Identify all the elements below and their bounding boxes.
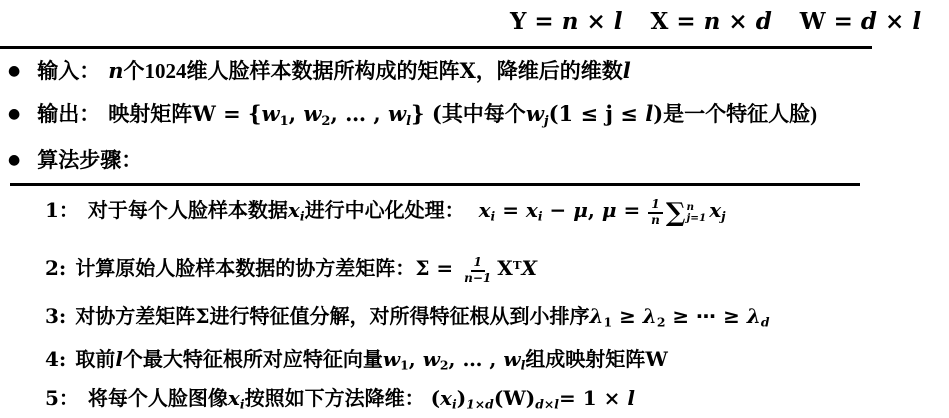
input-description: 输入：n个1024维人脸样本数据所构成的矩阵X，降维后的维数l <box>37 59 631 83</box>
text-segment: 1 <box>400 358 409 373</box>
text-segment: 个最大特征根所对应特征向量 <box>123 349 383 371</box>
text-segment: ) <box>653 101 663 126</box>
text-segment: l <box>115 347 123 371</box>
bullet-icon: ● <box>8 152 20 168</box>
bullet-output-line: ●输出：映射矩阵W = {w1, w2, … , wl} (其中每个wj(1 ≤… <box>8 101 817 130</box>
text-segment: W <box>192 101 216 126</box>
text-segment: ，降维后的维数 <box>476 59 623 83</box>
text-segment: l <box>627 386 635 410</box>
text-segment: X <box>651 8 669 35</box>
text-segment: X <box>497 256 513 280</box>
text-segment: Σ <box>415 256 429 280</box>
text-segment: (1 ≤ <box>549 101 606 126</box>
fraction: 1n−1 <box>461 256 494 286</box>
step-number: 5： <box>45 386 79 410</box>
text-segment: 按照如下方法降维： <box>245 388 425 410</box>
fraction-numerator: 1 <box>471 256 485 272</box>
text-segment: 对于每个人脸样本数据 <box>88 200 288 222</box>
text-segment: X <box>521 256 537 280</box>
text-segment: ≥ ⋯ ≥ <box>665 304 746 328</box>
text-segment: , <box>409 347 423 371</box>
text-segment: d×l <box>535 397 559 412</box>
text-segment: x <box>479 198 491 222</box>
text-segment: l <box>614 8 623 35</box>
step-3-eigendecomposition: 3:对协方差矩阵Σ进行特征值分解，对所得特征根从到小排序λ1 ≥ λ2 ≥ ⋯ … <box>45 304 770 330</box>
text-segment: 对协方差矩阵 <box>75 306 195 328</box>
text-segment: 1×d <box>466 397 494 412</box>
text-segment: = 1 × <box>559 386 627 410</box>
sigma-icon: ∑ <box>666 200 686 226</box>
text-segment: = <box>616 198 647 222</box>
text-segment: w <box>388 101 406 126</box>
text-segment: μ <box>573 198 588 222</box>
fraction: 1n <box>648 198 663 228</box>
text-segment: − <box>543 198 574 222</box>
step-2-covariance: 2:计算原始人脸样本数据的协方差矩阵：Σ = 1n−1XTX <box>45 256 537 286</box>
text-segment: 将每个人脸图像 <box>88 388 228 410</box>
step-number: 2: <box>45 256 66 280</box>
text-segment: x <box>709 198 721 222</box>
text-segment: , … , <box>449 347 504 371</box>
bullet-algorithm-steps-line: ●算法步骤： <box>8 147 142 173</box>
text-segment: } ( <box>411 101 442 126</box>
text-segment: 取前 <box>75 349 115 371</box>
text-segment: λ <box>589 304 603 328</box>
pca-algorithm-slide: Y = n × lX = n × dW = d × l ●输入：n个1024维人… <box>0 0 949 418</box>
step-2-text: 计算原始人脸样本数据的协方差矩阵：Σ = 1n−1XTX <box>75 258 537 280</box>
text-segment: 是一个特征人脸) <box>663 102 817 126</box>
step-4-projection-matrix: 4:取前l个最大特征根所对应特征向量w1, w2, … , wl组成映射矩阵W <box>45 347 668 373</box>
output-description: 输出：映射矩阵W = {w1, w2, … , wl} (其中每个wj(1 ≤ … <box>37 102 817 126</box>
text-segment: w <box>303 101 321 126</box>
step-5-text: 将每个人脸图像xi按照如下方法降维：(xi)1×d(W)d×l= 1 × l <box>88 388 635 410</box>
bullet-icon: ● <box>8 106 20 122</box>
text-segment: x <box>526 198 538 222</box>
text-segment: W <box>645 347 667 371</box>
bullet-input-line: ●输入：n个1024维人脸样本数据所构成的矩阵X，降维后的维数l <box>8 58 631 84</box>
text-segment: x <box>440 386 452 410</box>
text-segment: = <box>429 256 460 280</box>
text-segment: w <box>526 101 544 126</box>
text-segment: d <box>761 315 770 330</box>
text-segment: w <box>383 347 400 371</box>
text-segment: λ <box>747 304 761 328</box>
algorithm-steps-heading: 算法步骤： <box>37 148 142 172</box>
text-segment: 1 <box>280 114 289 129</box>
text-segment: W <box>503 386 525 410</box>
text-segment: d <box>861 8 877 35</box>
text-segment: ≤ <box>613 101 645 126</box>
fraction-denominator: n <box>648 214 663 228</box>
text-segment: ) <box>526 386 535 410</box>
text-segment: w <box>503 347 520 371</box>
text-segment: 进行中心化处理： <box>305 200 465 222</box>
summation-lower-limit: j=1 <box>686 213 706 224</box>
text-segment: λ <box>643 304 657 328</box>
text-segment: = <box>495 198 526 222</box>
text-segment: d <box>756 8 772 35</box>
text-segment: Σ <box>195 304 209 328</box>
text-segment: 映射矩阵 <box>108 102 192 126</box>
fraction-denominator: n−1 <box>461 272 494 286</box>
text-segment: l <box>623 58 631 83</box>
text-segment: x <box>288 198 300 222</box>
text-segment: j <box>721 209 725 224</box>
text-segment: x <box>228 386 240 410</box>
text-segment: l <box>645 101 653 126</box>
text-segment: n <box>704 8 721 35</box>
text-segment: × <box>578 8 613 35</box>
text-segment: 2 <box>440 358 449 373</box>
text-segment: l <box>912 8 921 35</box>
step-1-text: 对于每个人脸样本数据xi进行中心化处理：xi = xi − μ, μ = 1n∑… <box>88 200 726 222</box>
step-number: 1： <box>45 198 79 222</box>
text-segment: 其中每个 <box>442 102 526 126</box>
text-segment: 进行特征值分解，对所得特征根从到小排序 <box>209 306 589 328</box>
text-segment: × <box>877 8 912 35</box>
matrix-dimension-formulas: Y = n × lX = n × dW = d × l <box>510 8 921 37</box>
text-segment: , <box>588 198 602 222</box>
text-segment: 输出： <box>37 102 100 126</box>
text-segment: Y <box>510 8 526 35</box>
step-number: 3: <box>45 304 66 328</box>
fraction-numerator: 1 <box>648 198 662 214</box>
text-segment: w <box>423 347 440 371</box>
text-segment: 1 <box>603 315 612 330</box>
text-segment: × <box>720 8 755 35</box>
text-segment: w <box>262 101 280 126</box>
text-segment: 计算原始人脸样本数据的协方差矩阵： <box>75 258 415 280</box>
step-3-text: 对协方差矩阵Σ进行特征值分解，对所得特征根从到小排序λ1 ≥ λ2 ≥ ⋯ ≥ … <box>75 306 769 328</box>
text-segment: 组成映射矩阵 <box>525 349 645 371</box>
text-segment: = <box>526 8 561 35</box>
summation: ∑nj=1 <box>666 200 706 226</box>
steps-divider <box>10 183 860 186</box>
text-segment: ( <box>494 386 503 410</box>
step-1-centering: 1：对于每个人脸样本数据xi进行中心化处理：xi = xi − μ, μ = 1… <box>45 198 726 228</box>
step-5-dimension-reduction: 5：将每个人脸图像xi按照如下方法降维：(xi)1×d(W)d×l= 1 × l <box>45 386 635 412</box>
text-segment: 算法步骤： <box>37 148 142 172</box>
text-segment: = <box>668 8 703 35</box>
text-segment: , … , <box>330 101 388 126</box>
summation-limits: nj=1 <box>686 202 706 224</box>
bullet-icon: ● <box>8 63 20 79</box>
top-divider <box>0 46 872 49</box>
text-segment: n <box>562 8 579 35</box>
text-segment: 个1024维人脸样本数据所构成的矩阵 <box>124 59 460 83</box>
text-segment: ) <box>457 386 466 410</box>
text-segment: = { <box>216 101 262 126</box>
text-segment: = <box>826 8 861 35</box>
text-segment: ( <box>431 386 440 410</box>
text-segment: μ <box>602 198 617 222</box>
step-number: 4: <box>45 347 66 371</box>
text-segment: ≥ <box>612 304 643 328</box>
step-4-text: 取前l个最大特征根所对应特征向量w1, w2, … , wl组成映射矩阵W <box>75 349 667 371</box>
text-segment: W <box>800 8 826 35</box>
text-segment: 输入： <box>37 59 100 83</box>
text-segment: , <box>289 101 304 126</box>
text-segment: X <box>460 58 476 83</box>
text-segment: n <box>108 58 123 83</box>
text-segment: j <box>605 101 613 126</box>
